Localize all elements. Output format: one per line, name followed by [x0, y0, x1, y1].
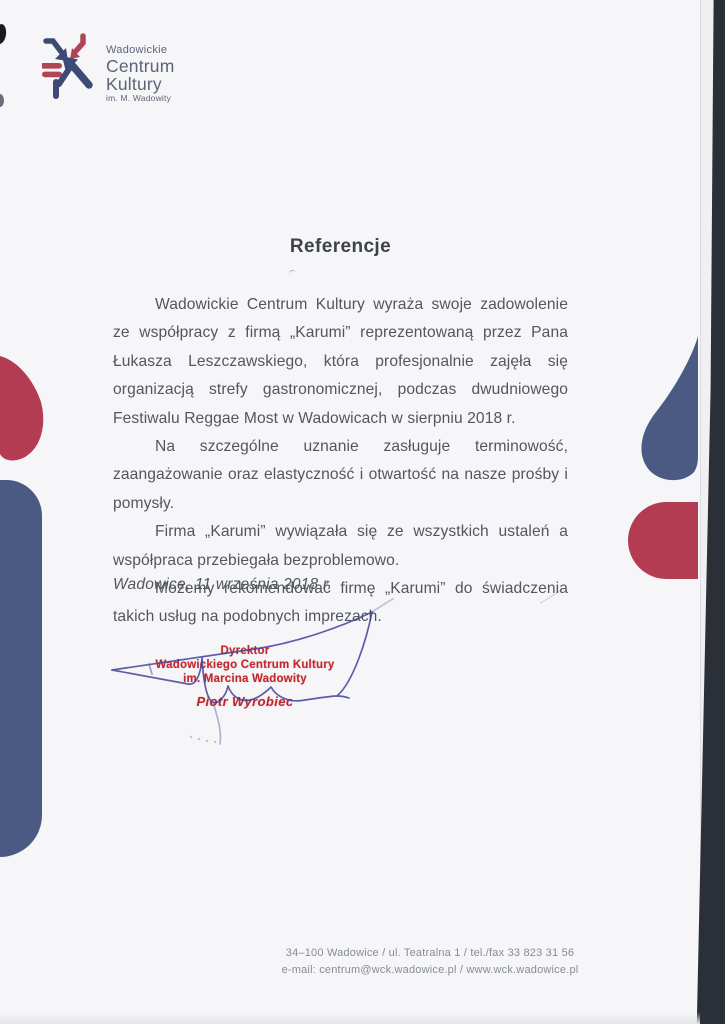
scan-smudge-mark	[0, 94, 4, 107]
logo-patron-line: im. M. Wadowity	[106, 93, 175, 104]
decor-left-red-drop-shape	[0, 352, 46, 468]
place-date-line: Wadowice, 11 września 2018 r.	[113, 576, 332, 594]
wck-arrows-logo-icon	[42, 32, 104, 106]
body-paragraph: Firma „Karumi” wywiązała się ze wszystki…	[113, 518, 568, 575]
decor-right-red-pill-shape	[628, 502, 698, 579]
document-title: Referencje	[113, 236, 568, 258]
scan-ink-mark	[288, 269, 296, 277]
body-paragraph: Na szczególne uznanie zasługuje terminow…	[113, 433, 568, 518]
footer-email-line: e-mail: centrum@wck.wadowice.pl / www.wc…	[230, 962, 630, 979]
scan-bottom-shadow	[0, 1012, 700, 1024]
body-paragraph: Wadowickie Centrum Kultury wyraża swoje …	[113, 291, 568, 433]
decor-left-blue-pill-shape	[0, 480, 42, 857]
letterhead-logo-text: Wadowickie Centrum Kultury im. M. Wadowi…	[106, 32, 175, 106]
footer-contact-block: 34–100 Wadowice / ul. Teatralna 1 / tel.…	[230, 945, 630, 978]
footer-address-line: 34–100 Wadowice / ul. Teatralna 1 / tel.…	[230, 945, 630, 962]
handwritten-signature	[95, 598, 395, 758]
logo-org-name-line: Kultury	[106, 75, 175, 93]
letterhead-logo: Wadowickie Centrum Kultury im. M. Wadowi…	[42, 32, 175, 106]
logo-org-name-line: Centrum	[106, 57, 175, 75]
scanned-reference-letter: Wadowickie Centrum Kultury im. M. Wadowi…	[0, 0, 725, 1024]
decor-right-blue-drop-shape	[628, 334, 698, 484]
scan-smudge-mark	[0, 23, 7, 44]
